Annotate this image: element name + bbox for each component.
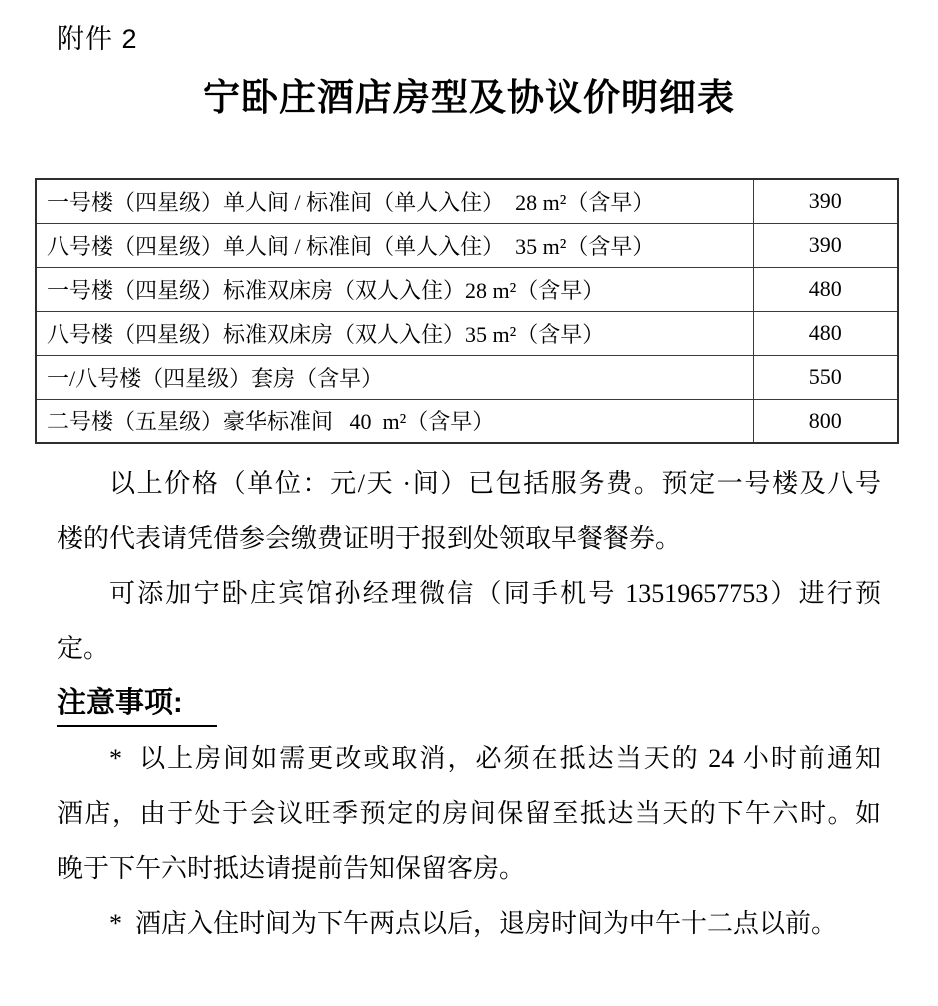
table-row: 八号楼（四星级）标准双床房（双人入住）35 m²（含早） 480: [36, 311, 898, 355]
notes-heading-label: 注意事项:: [57, 683, 217, 727]
price-cell: 390: [753, 223, 898, 267]
notes-heading: 注意事项:: [57, 676, 881, 731]
table-row: 一/八号楼（四星级）套房（含早） 550: [36, 355, 898, 399]
price-table-body: 一号楼（四星级）单人间 / 标准间（单人入住） 28 m²（含早） 390 八号…: [36, 179, 898, 443]
attachment-label: 附件 2: [57, 20, 938, 58]
table-row: 一号楼（四星级）标准双床房（双人入住）28 m²（含早） 480: [36, 267, 898, 311]
price-table: 一号楼（四星级）单人间 / 标准间（单人入住） 28 m²（含早） 390 八号…: [35, 178, 899, 444]
price-cell: 800: [753, 399, 898, 443]
price-cell: 390: [753, 179, 898, 223]
note-line: * 以上房间如需更改或取消，必须在抵达当天的 24 小时前通知: [57, 731, 881, 786]
paragraph-line: 可添加宁卧庄宾馆孙经理微信（同手机号 13519657753）进行预: [57, 566, 881, 621]
paragraph-line: 以上价格（单位：元/天 ·间）已包括服务费。预定一号楼及八号: [57, 456, 881, 511]
room-type-cell: 一号楼（四星级）单人间 / 标准间（单人入住） 28 m²（含早）: [36, 179, 753, 223]
note-line: * 酒店入住时间为下午两点以后，退房时间为中午十二点以前。: [57, 896, 881, 951]
page-title: 宁卧庄酒店房型及协议价明细表: [0, 74, 938, 124]
table-row: 二号楼（五星级）豪华标准间 40 m²（含早） 800: [36, 399, 898, 443]
paragraph-line: 楼的代表请凭借参会缴费证明于报到处领取早餐餐券。: [57, 511, 881, 566]
price-cell: 550: [753, 355, 898, 399]
room-type-cell: 一/八号楼（四星级）套房（含早）: [36, 355, 753, 399]
room-type-cell: 二号楼（五星级）豪华标准间 40 m²（含早）: [36, 399, 753, 443]
table-row: 一号楼（四星级）单人间 / 标准间（单人入住） 28 m²（含早） 390: [36, 179, 898, 223]
table-row: 八号楼（四星级）单人间 / 标准间（单人入住） 35 m²（含早） 390: [36, 223, 898, 267]
price-cell: 480: [753, 267, 898, 311]
document-page: 附件 2 宁卧庄酒店房型及协议价明细表 一号楼（四星级）单人间 / 标准间（单人…: [0, 0, 938, 1006]
note-line: 晚于下午六时抵达请提前告知保留客房。: [57, 841, 881, 896]
note-line: 酒店，由于处于会议旺季预定的房间保留至抵达当天的下午六时。如: [57, 786, 881, 841]
price-cell: 480: [753, 311, 898, 355]
body-text: 以上价格（单位：元/天 ·间）已包括服务费。预定一号楼及八号 楼的代表请凭借参会…: [57, 456, 881, 951]
paragraph-line: 定。: [57, 621, 881, 676]
room-type-cell: 八号楼（四星级）标准双床房（双人入住）35 m²（含早）: [36, 311, 753, 355]
room-type-cell: 一号楼（四星级）标准双床房（双人入住）28 m²（含早）: [36, 267, 753, 311]
room-type-cell: 八号楼（四星级）单人间 / 标准间（单人入住） 35 m²（含早）: [36, 223, 753, 267]
